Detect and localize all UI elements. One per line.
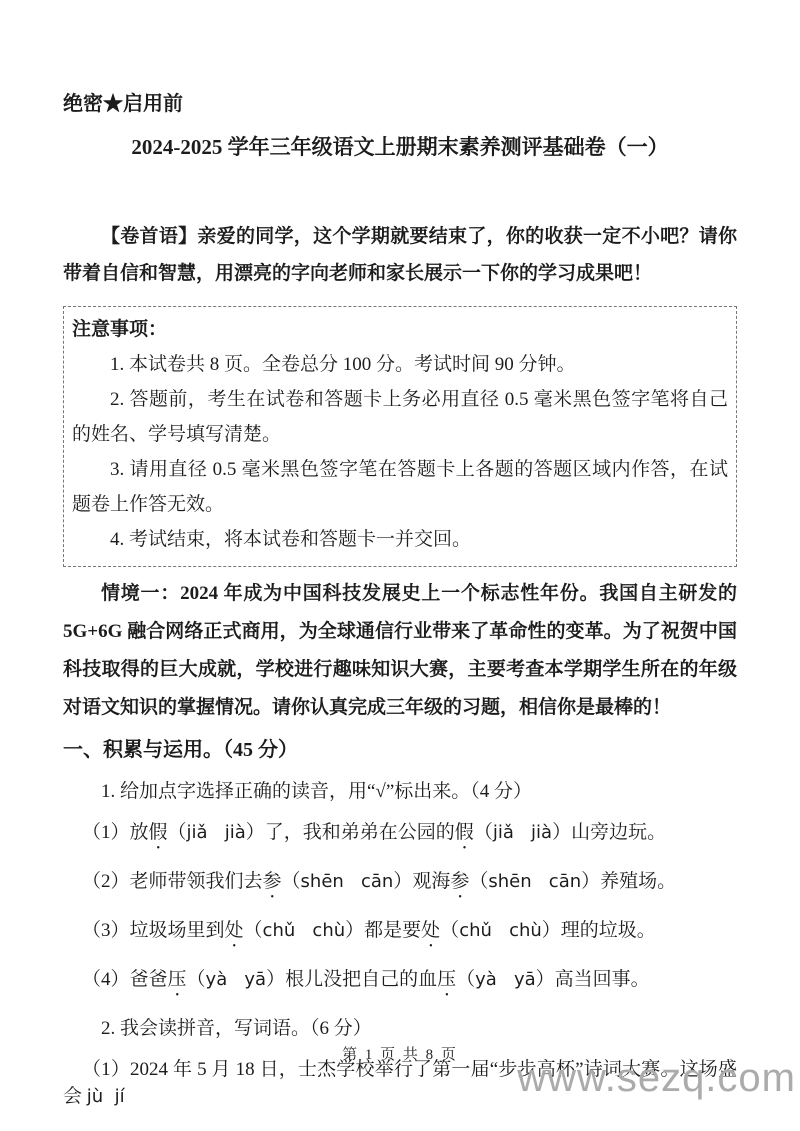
emphasized-char: 假 — [455, 822, 474, 843]
text-segment: （ — [282, 871, 301, 892]
text-segment: ）都是要 — [345, 920, 421, 941]
pinyin-text: jiǎ jià — [493, 822, 552, 843]
emphasized-char: 假 — [149, 822, 168, 843]
text-segment: （ — [469, 871, 488, 892]
pinyin-text: yà yā — [475, 969, 536, 990]
pinyin-text: yà yā — [206, 969, 267, 990]
scenario-paragraph: 情境一：2024 年成为中国科技发展史上一个标志性年份。我国自主研发的 5G+6… — [63, 575, 737, 727]
pinyin-text: shēn cān — [488, 871, 581, 892]
text-segment: （ — [168, 822, 187, 843]
emphasized-char: 处 — [225, 920, 244, 941]
notice-item-3: 3. 请用直径 0.5 毫米黑色签字笔在答题卡上各题的答题区域内作答，在试题卷上… — [72, 452, 728, 522]
notice-heading: 注意事项： — [72, 312, 728, 347]
notice-item-2: 2. 答题前，考生在试卷和答题卡上务必用直径 0.5 毫米黑色签字笔将自己的姓名… — [72, 382, 728, 452]
text-segment: ）高当回事。 — [536, 969, 650, 990]
section-heading: 一、积累与运用。（45 分） — [63, 737, 737, 764]
text-segment: （ — [244, 920, 263, 941]
exam-title: 2024-2025 学年三年级语文上册期末素养测评基础卷（一） — [63, 134, 737, 160]
emphasized-char: 参 — [450, 871, 469, 892]
notice-item-4: 4. 考试结束，将本试卷和答题卡一并交回。 — [72, 522, 728, 557]
watermark: www.sezq.com — [517, 1058, 796, 1098]
foreword-paragraph: 【卷首语】亲爱的同学，这个学期就要结束了，你的收获一定不小吧？请你带着自信和智慧… — [63, 218, 737, 292]
question1-item-1: （1）放假（jiǎ jià）了，我和弟弟在公园的假（jiǎ jià）山旁边玩。 — [63, 819, 737, 854]
pinyin-text: shēn cān — [301, 871, 394, 892]
text-segment: （3）垃圾场里到 — [82, 920, 225, 941]
text-segment: ）山旁边玩。 — [552, 822, 666, 843]
question1-item-2: （2）老师带领我们去参（shēn cān）观海参（shēn cān）养殖场。 — [63, 868, 737, 903]
emphasized-char: 参 — [263, 871, 282, 892]
text-segment: （2）老师带领我们去 — [82, 871, 263, 892]
text-segment: ）养殖场。 — [581, 871, 676, 892]
text-segment: ）根儿没把自己的血 — [266, 969, 437, 990]
secrecy-label: 绝密★启用前 — [63, 92, 737, 116]
notice-box: 注意事项： 1. 本试卷共 8 页。全卷总分 100 分。考试时间 90 分钟。… — [63, 306, 737, 567]
text-segment: （4）爸爸 — [82, 969, 168, 990]
pinyin-text: jù jí — [87, 1086, 125, 1107]
pinyin-text: jiǎ jià — [187, 822, 246, 843]
text-segment: （ — [456, 969, 475, 990]
text-segment: （ — [474, 822, 493, 843]
text-segment: ）理的垃圾。 — [542, 920, 656, 941]
exam-page: 绝密★启用前 2024-2025 学年三年级语文上册期末素养测评基础卷（一） 【… — [0, 0, 800, 1131]
emphasized-char: 压 — [437, 969, 456, 990]
question2-stem: 2. 我会读拼音，写词语。（6 分） — [63, 1015, 737, 1042]
pinyin-text: chǔ chù — [263, 920, 346, 941]
question1-stem: 1. 给加点字选择正确的读音，用“√”标出来。（4 分） — [63, 778, 737, 805]
text-segment: （ — [187, 969, 206, 990]
text-segment: ）观海 — [393, 871, 450, 892]
text-segment: （ — [440, 920, 459, 941]
notice-item-1: 1. 本试卷共 8 页。全卷总分 100 分。考试时间 90 分钟。 — [72, 347, 728, 382]
question1-item-4: （4）爸爸压（yà yā）根儿没把自己的血压（yà yā）高当回事。 — [63, 966, 737, 1001]
emphasized-char: 处 — [421, 920, 440, 941]
emphasized-char: 压 — [168, 969, 187, 990]
text-segment: （1）放 — [82, 822, 149, 843]
pinyin-text: chǔ chù — [459, 920, 542, 941]
text-segment: ）了，我和弟弟在公园的 — [246, 822, 455, 843]
question1-item-3: （3）垃圾场里到处（chǔ chù）都是要处（chǔ chù）理的垃圾。 — [63, 917, 737, 952]
